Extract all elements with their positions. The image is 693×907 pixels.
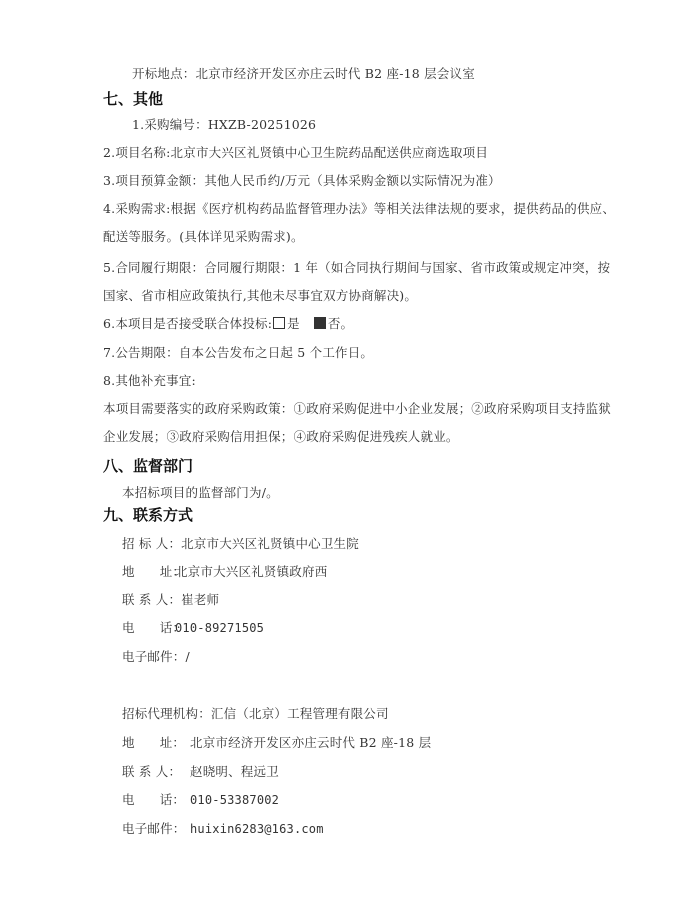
item-4-requirements: 4.采购需求:根据《医疗机构药品监督管理办法》等相关法律法规的要求，提供药品的供… xyxy=(103,201,615,217)
tenderer-name-label: 招 标 人： xyxy=(122,536,181,552)
supervision-text: 本招标项目的监督部门为/。 xyxy=(122,485,279,501)
tenderer-contact-row: 联 系 人：崔老师 xyxy=(122,592,219,608)
joint-bid-question: 6.本项目是否接受联合体投标: xyxy=(103,316,272,331)
section9-heading: 九、联系方式 xyxy=(103,506,193,524)
opening-location: 开标地点：北京市经济开发区亦庄云时代 B2 座-18 层会议室 xyxy=(132,66,475,82)
tenderer-phone: 010-89271505 xyxy=(175,621,264,635)
agency-contact-row: 联 系 人：赵晓明、程远卫 xyxy=(122,764,279,780)
tenderer-contact-label: 联 系 人： xyxy=(122,592,181,608)
agency-name-row: 招标代理机构：汇信（北京）工程管理有限公司 xyxy=(122,706,389,722)
agency-phone: 010-53387002 xyxy=(190,793,279,807)
tenderer-phone-row: 电话：010-89271505 xyxy=(122,620,264,636)
tenderer-phone-label: 电话： xyxy=(122,620,175,636)
checkbox-yes[interactable] xyxy=(273,317,285,329)
tenderer-email-label: 电子邮件： xyxy=(122,649,186,665)
agency-email-row: 电子邮件：huixin6283@163.com xyxy=(122,821,324,837)
section8-heading: 八、监督部门 xyxy=(103,457,193,475)
checkbox-yes-label: 是 xyxy=(287,316,300,331)
item-1-procurement-number: 1.采购编号：HXZB-20251026 xyxy=(132,117,316,133)
opening-location-value: 北京市经济开发区亦庄云时代 B2 座-18 层会议室 xyxy=(196,66,475,81)
item-4-requirements-cont: 配送等服务。(具体详见采购需求)。 xyxy=(103,229,304,245)
tenderer-address-label: 地址： xyxy=(122,564,175,580)
item-7-notice-period: 7.公告期限：自本公告发布之日起 5 个工作日。 xyxy=(103,345,373,361)
policy-line-1: 本项目需要落实的政府采购政策：①政府采购促进中小企业发展；②政府采购项目支持监狱 xyxy=(103,401,611,417)
item-6-joint-bid: 6.本项目是否接受联合体投标:是否。 xyxy=(103,316,353,332)
tenderer-email: / xyxy=(186,649,190,664)
agency-contact: 赵晓明、程远卫 xyxy=(190,764,279,779)
agency-name: 汇信（北京）工程管理有限公司 xyxy=(211,706,389,721)
tenderer-email-row: 电子邮件：/ xyxy=(122,649,190,665)
agency-email-label: 电子邮件： xyxy=(122,821,190,837)
agency-address: 北京市经济开发区亦庄云时代 B2 座-18 层 xyxy=(190,735,431,750)
tenderer-name-row: 招 标 人：北京市大兴区礼贤镇中心卫生院 xyxy=(122,536,359,552)
agency-phone-label: 电话： xyxy=(122,792,190,808)
item-5-contract-period-cont: 国家、省市相应政策执行,其他未尽事宜双方协商解决)。 xyxy=(103,288,417,304)
agency-contact-label: 联 系 人： xyxy=(122,764,190,780)
item-2-project-name: 2.项目名称:北京市大兴区礼贤镇中心卫生院药品配送供应商选取项目 xyxy=(103,145,488,161)
agency-email: huixin6283@163.com xyxy=(190,822,324,836)
policy-line-2: 企业发展；③政府采购信用担保；④政府采购促进残疾人就业。 xyxy=(103,429,459,445)
agency-address-label: 地址： xyxy=(122,735,190,751)
agency-name-label: 招标代理机构： xyxy=(122,706,211,722)
tenderer-address-row: 地址：北京市大兴区礼贤镇政府西 xyxy=(122,564,327,580)
tenderer-address: 北京市大兴区礼贤镇政府西 xyxy=(175,564,327,579)
tenderer-name: 北京市大兴区礼贤镇中心卫生院 xyxy=(181,536,359,551)
checkbox-no-label: 否。 xyxy=(328,316,353,331)
checkbox-no-checked[interactable] xyxy=(314,317,326,329)
section7-heading: 七、其他 xyxy=(103,90,163,108)
item-3-budget: 3.项目预算金额：其他人民币约/万元（具体采购金额以实际情况为准） xyxy=(103,173,501,189)
tenderer-contact: 崔老师 xyxy=(181,592,219,607)
opening-location-label: 开标地点： xyxy=(132,66,196,81)
item-5-contract-period: 5.合同履行期限：合同履行期限：1 年（如合同执行期间与国家、省市政策或规定冲突… xyxy=(103,260,610,276)
agency-address-row: 地址：北京市经济开发区亦庄云时代 B2 座-18 层 xyxy=(122,735,431,751)
agency-phone-row: 电话：010-53387002 xyxy=(122,792,279,808)
item-8-other-matters: 8.其他补充事宜: xyxy=(103,373,196,389)
